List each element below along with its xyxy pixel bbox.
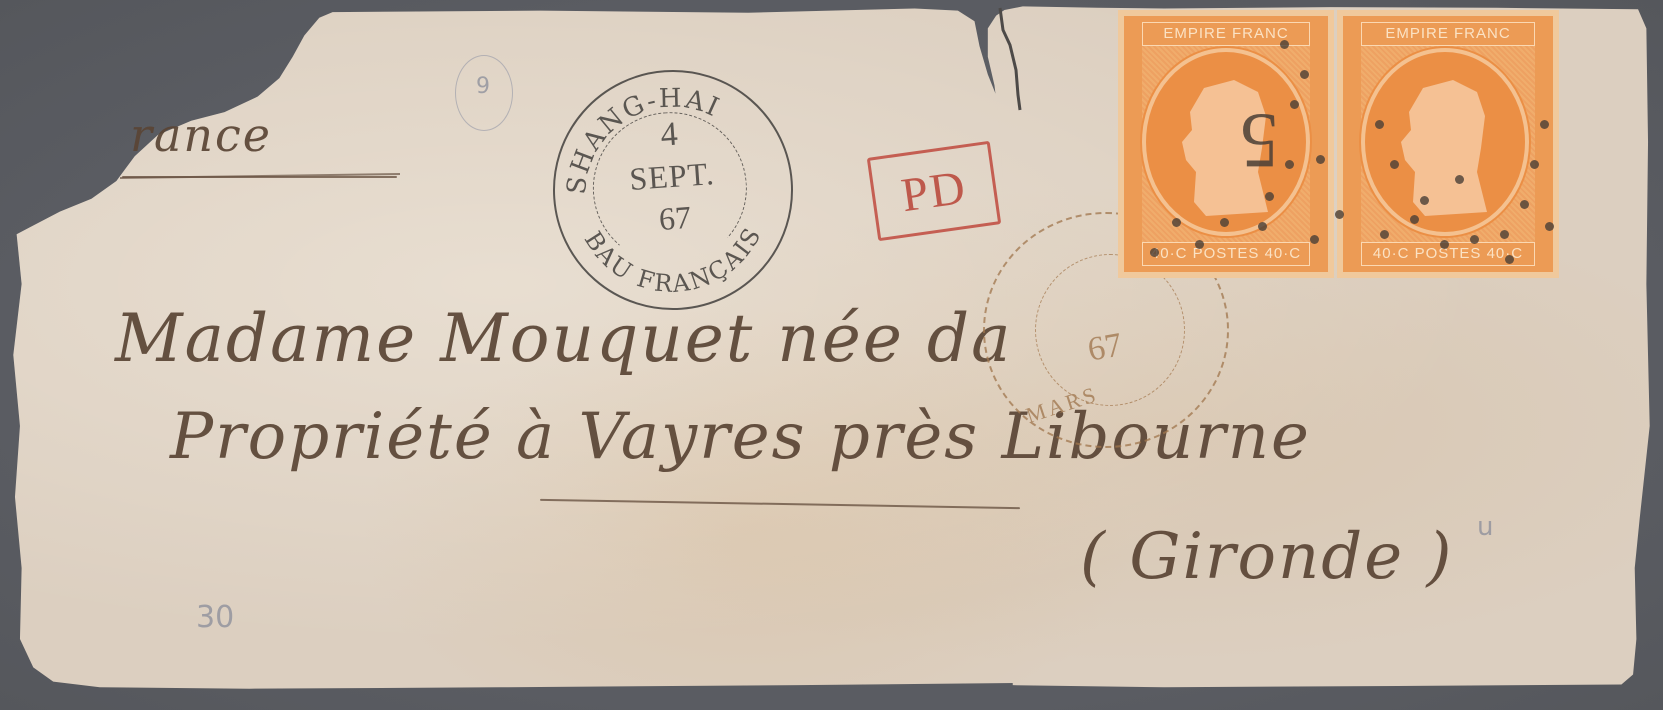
cancel-dot bbox=[1455, 175, 1464, 184]
cancel-dot bbox=[1470, 235, 1479, 244]
cancel-dot bbox=[1316, 155, 1325, 164]
cancel-dot bbox=[1300, 70, 1309, 79]
cancel-dot bbox=[1520, 200, 1529, 209]
stamp-1: EMPIRE FRANC 40·C POSTES 40·C 5 bbox=[1118, 10, 1334, 278]
cancel-dot bbox=[1172, 218, 1181, 227]
cancel-number: 5 bbox=[1240, 96, 1279, 186]
cancel-dot bbox=[1258, 222, 1267, 231]
cancel-dot bbox=[1380, 230, 1389, 239]
cancel-dot bbox=[1335, 210, 1344, 219]
stamp-2-portrait bbox=[1365, 52, 1525, 232]
cancel-dot bbox=[1285, 160, 1294, 169]
cancel-dot bbox=[1420, 196, 1429, 205]
cancel-dot bbox=[1410, 215, 1419, 224]
cancel-dot bbox=[1545, 222, 1554, 231]
cancel-dot bbox=[1540, 120, 1549, 129]
cancel-dot bbox=[1500, 230, 1509, 239]
cancel-dot bbox=[1310, 235, 1319, 244]
pencil-bottom-number: 30 bbox=[196, 600, 234, 635]
cancel-dot bbox=[1530, 160, 1539, 169]
cancel-dot bbox=[1195, 240, 1204, 249]
cancel-dot bbox=[1150, 248, 1159, 257]
cancel-dot bbox=[1290, 100, 1299, 109]
cancel-dot bbox=[1390, 160, 1399, 169]
cancel-dot bbox=[1280, 40, 1289, 49]
stamp-2: EMPIRE FRANC 40·C POSTES 40·C bbox=[1337, 10, 1559, 278]
stamp-1-bottom-text: 40·C POSTES 40·C bbox=[1142, 242, 1310, 266]
address-line-3: ( Gironde ) bbox=[1080, 520, 1453, 594]
stamp-2-top-text: EMPIRE FRANC bbox=[1361, 22, 1535, 46]
cancel-dot bbox=[1375, 120, 1384, 129]
napoleon-head-icon bbox=[1146, 52, 1306, 232]
pencil-circled-number: 9 bbox=[476, 74, 490, 99]
napoleon-head-icon bbox=[1365, 52, 1525, 232]
pencil-right-mark: u bbox=[1477, 512, 1493, 542]
shanghai-postmark: SHANG-HAI BAU FRANÇAIS 4 SEPT. 67 bbox=[545, 62, 801, 318]
stamp-1-portrait bbox=[1146, 52, 1306, 232]
cancel-dot bbox=[1440, 240, 1449, 249]
envelope-photo: 9 30 u rance Madame Mouquet née da Propr… bbox=[0, 0, 1663, 710]
cancel-dot bbox=[1505, 255, 1514, 264]
handwritten-via: rance bbox=[130, 108, 272, 162]
cancel-dot bbox=[1220, 218, 1229, 227]
transit-postmark-year: 67 bbox=[1085, 326, 1125, 369]
pd-handstamp: PD bbox=[867, 141, 1001, 241]
via-underline bbox=[122, 176, 397, 178]
cancel-dot bbox=[1265, 192, 1274, 201]
